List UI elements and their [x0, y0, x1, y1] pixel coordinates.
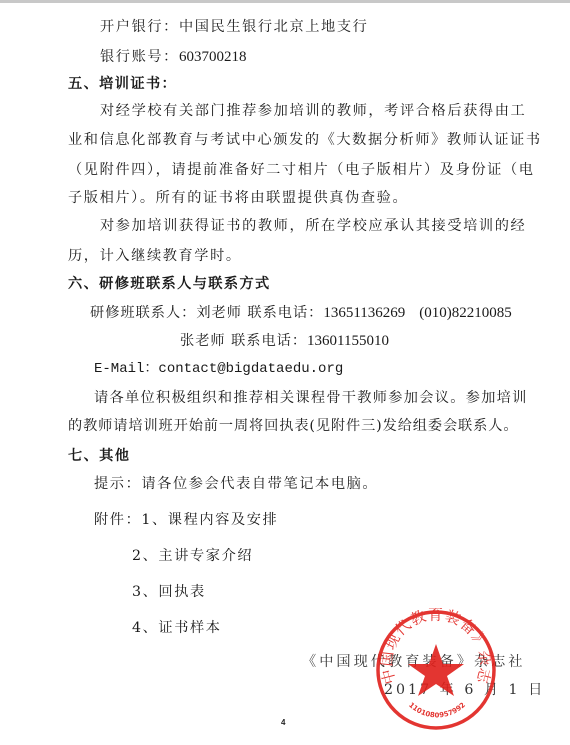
section6-para-line1: 请各单位积极组织和推荐相关课程骨干教师参加会议。参加培训 — [94, 389, 528, 407]
attachment-item-1: 1、课程内容及安排 — [141, 512, 278, 528]
section7-heading: 七、其他 — [68, 447, 130, 465]
email-link[interactable]: contact@bigdataedu.org — [158, 361, 343, 377]
contact2-mobile: 13601155010 — [307, 333, 389, 349]
section6-para-line2: 的教师请培训班开始前一周将回执表(见附件三)发给组委会联系人。 — [68, 417, 518, 435]
attachments-label: 附件： — [94, 512, 141, 528]
bank-account-value: 603700218 — [179, 49, 247, 65]
contact1-label: 研修班联系人：刘老师 联系电话： — [90, 305, 323, 321]
section6-heading: 六、研修班联系人与联系方式 — [68, 275, 271, 293]
bank-account-line: 银行账号：603700218 — [100, 48, 246, 66]
bank-name-value: 中国民生银行北京上地支行 — [179, 19, 368, 35]
email-label: E-Mail： — [94, 361, 158, 377]
section5-para1-line2: 业和信息化部教育与考试中心颁发的《大数据分析师》教师认证证书 — [68, 131, 542, 149]
contact2-line: 张老师 联系电话：13601155010 — [180, 332, 389, 350]
attachments-line1: 附件：1、课程内容及安排 — [94, 511, 278, 529]
bank-name-label: 开户银行： — [100, 19, 179, 35]
section5-heading: 五、培训证书： — [68, 75, 177, 93]
section5-para2-line1: 对参加培训获得证书的教师，所在学校应承认其接受培训的经 — [100, 217, 526, 235]
bank-name-line: 开户银行：中国民生银行北京上地支行 — [100, 18, 368, 36]
tip-line: 提示：请各位参会代表自带笔记本电脑。 — [94, 475, 378, 493]
section5-para1-line4: 子版相片）。所有的证书将由联盟提供真伪查验。 — [68, 189, 408, 207]
official-seal-icon: 《中国现代教育装备》杂志社 1101080957992 — [374, 608, 498, 732]
attachment-item-4: 4、证书样本 — [132, 619, 222, 637]
contact2-label: 张老师 联系电话： — [180, 333, 307, 349]
contact1-mobile: 13651136269 — [323, 305, 405, 321]
contact1-line: 研修班联系人：刘老师 联系电话：13651136269(010)82210085 — [90, 304, 512, 322]
bank-account-label: 银行账号： — [100, 49, 179, 65]
page-top-border — [0, 0, 570, 3]
attachment-item-2: 2、主讲专家介绍 — [132, 547, 253, 565]
page-number: 4 — [281, 718, 285, 727]
section5-para1-line1: 对经学校有关部门推荐参加培训的教师，考评合格后获得由工 — [100, 102, 526, 120]
svg-text:1101080957992: 1101080957992 — [407, 701, 467, 719]
section5-para1-line3: （见附件四），请提前准备好二寸相片（电子版相片）及身份证（电 — [68, 161, 535, 179]
seal-serial: 1101080957992 — [407, 701, 467, 719]
section5-para2-line2: 历，计入继续教育学时。 — [68, 247, 242, 265]
contact1-landline: (010)82210085 — [419, 305, 512, 321]
attachment-item-3: 3、回执表 — [132, 583, 206, 601]
email-line: E-Mail：contact@bigdataedu.org — [94, 359, 343, 378]
